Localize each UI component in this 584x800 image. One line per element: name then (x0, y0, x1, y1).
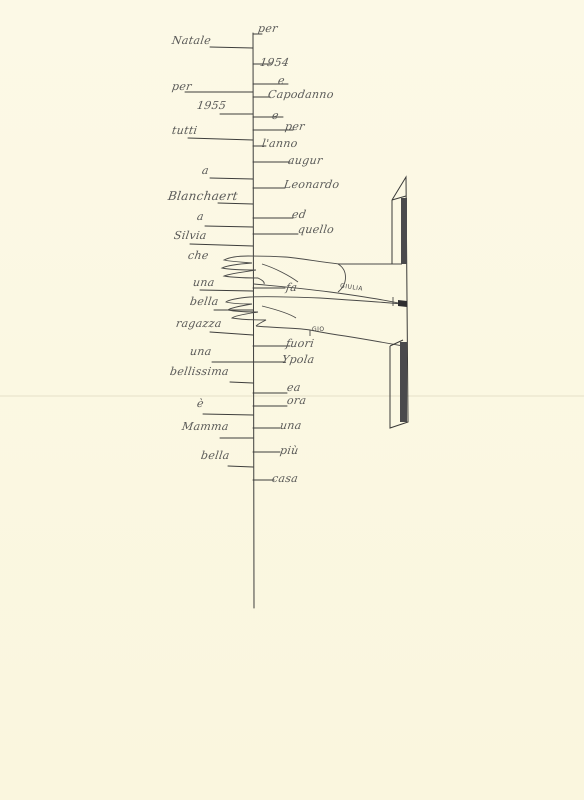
word-left: 1955 (196, 99, 227, 112)
frame-shadow-upper (401, 198, 407, 264)
word-right: quello (297, 223, 335, 236)
hand-cuff-dark (398, 300, 407, 307)
word-right: Capodanno (267, 88, 335, 101)
word-left: Mamma (181, 420, 230, 433)
word-left: Silvia (173, 229, 207, 242)
word-right: l'anno (261, 137, 299, 150)
word-right: Leonardo (283, 178, 340, 191)
word-right: casa (271, 472, 299, 485)
upper-hand-drawing (222, 256, 403, 306)
word-right: per (284, 120, 306, 133)
frame-shadow-lower (400, 342, 407, 422)
word-left: bella (189, 295, 219, 308)
word-right: ed (291, 208, 307, 221)
word-right: fuori (285, 337, 315, 350)
hand-label-gio: GIO (312, 326, 325, 333)
word-left: bella (200, 449, 230, 462)
word-right: una (279, 419, 302, 432)
word-right: Ypola (281, 353, 315, 366)
word-right: per (257, 22, 279, 35)
word-left: Blanchaert (167, 189, 239, 203)
word-right: fa (285, 281, 298, 294)
word-left: che (187, 249, 209, 262)
word-right: 1954 (259, 56, 290, 69)
word-right: più (279, 444, 299, 457)
word-left: una (189, 345, 212, 358)
vertical-spine-line (253, 33, 254, 608)
word-left: ragazza (175, 317, 222, 330)
word-left: Natale (171, 34, 212, 47)
word-right: ea (286, 381, 301, 394)
word-left: per (171, 80, 193, 93)
word-left: una (192, 276, 215, 289)
word-left: tutti (171, 124, 198, 137)
word-right: augur (287, 154, 323, 167)
word-right: ora (286, 394, 307, 407)
word-left: bellissima (169, 365, 230, 378)
